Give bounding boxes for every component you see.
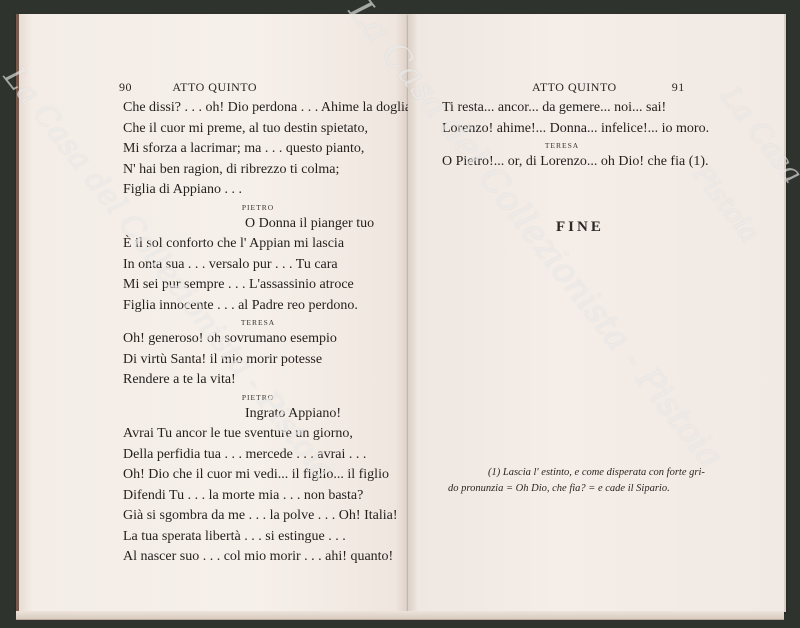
left-page: 90 ATTO QUINTO Che dissi? . . . oh! Dio … — [16, 14, 411, 612]
left-running-head: 90 ATTO QUINTO — [119, 80, 379, 95]
verse-line: O Donna il pianger tuo — [123, 214, 393, 235]
speaker-name: TERESA — [442, 139, 682, 152]
verse-line: Che il cuor mi preme, al tuo destin spie… — [123, 119, 393, 140]
verse-line: Ti resta... ancor... da gemere... noi...… — [442, 98, 682, 119]
verse-line: Della perfidia tua . . . mercede . . . a… — [123, 445, 393, 466]
speaker-name: TERESA — [123, 316, 393, 329]
verse-line: Già si sgombra da me . . . la polve . . … — [123, 506, 393, 527]
footnote-line-1: (1) Lascia l' estinto, e come disperata … — [448, 465, 748, 481]
verse-line: La tua sperata libertà . . . si estingue… — [123, 527, 393, 548]
left-page-text: Che dissi? . . . oh! Dio perdona . . . A… — [123, 98, 393, 568]
verse-line: Rendere a te la vita! — [123, 370, 393, 391]
speaker-name: PIETRO — [123, 391, 393, 404]
speaker-name: PIETRO — [123, 201, 393, 214]
right-page-number: 91 — [672, 80, 685, 94]
right-page-text: Ti resta... ancor... da gemere... noi...… — [442, 98, 682, 173]
end-mark: FINE — [556, 219, 604, 236]
verse-line: Difendi Tu . . . la morte mia . . . non … — [123, 486, 393, 507]
verse-line: N' hai ben ragion, di ribrezzo ti colma; — [123, 160, 393, 181]
footnote-line-2: do pronunzia = Oh Dio, che fia? = e cade… — [448, 481, 748, 497]
verse-line: In onta sua . . . versalo pur . . . Tu c… — [123, 255, 393, 276]
verse-line: Avrai Tu ancor le tue sventure un giorno… — [123, 424, 393, 445]
verse-line: Oh! Dio che il cuor mi vedi... il figlio… — [123, 465, 393, 486]
left-page-number: 90 — [119, 80, 132, 94]
right-running-title: ATTO QUINTO — [532, 80, 617, 94]
verse-line: Mi sforza a lacrimar; ma . . . questo pi… — [123, 139, 393, 160]
verse-line: Al nascer suo . . . col mio morir . . . … — [123, 547, 393, 568]
verse-line: Mi sei pur sempre . . . L'assassinio atr… — [123, 275, 393, 296]
verse-line: O Pietro!... or, di Lorenzo... oh Dio! c… — [442, 152, 682, 173]
verse-line: Figlia innocente . . . al Padre reo perd… — [123, 296, 393, 317]
verse-line: Di virtù Santa! il mio morir potesse — [123, 350, 393, 371]
right-page: ATTO QUINTO 91 Ti resta... ancor... da g… — [408, 14, 786, 612]
footnote: (1) Lascia l' estinto, e come disperata … — [448, 465, 748, 497]
book-spread: 90 ATTO QUINTO Che dissi? . . . oh! Dio … — [12, 14, 782, 614]
verse-line: Oh! generoso! oh sovrumano esempio — [123, 329, 393, 350]
right-running-head: ATTO QUINTO 91 — [532, 80, 762, 95]
verse-line: È il sol conforto che l' Appian mi lasci… — [123, 234, 393, 255]
verse-line: Che dissi? . . . oh! Dio perdona . . . A… — [123, 98, 393, 119]
page-edges — [16, 611, 784, 620]
verse-line: Ingrato Appiano! — [123, 404, 393, 425]
verse-line: Lorenzo! ahime!... Donna... infelice!...… — [442, 119, 682, 140]
verse-line: Figlia di Appiano . . . — [123, 180, 393, 201]
left-running-title: ATTO QUINTO — [172, 80, 257, 94]
